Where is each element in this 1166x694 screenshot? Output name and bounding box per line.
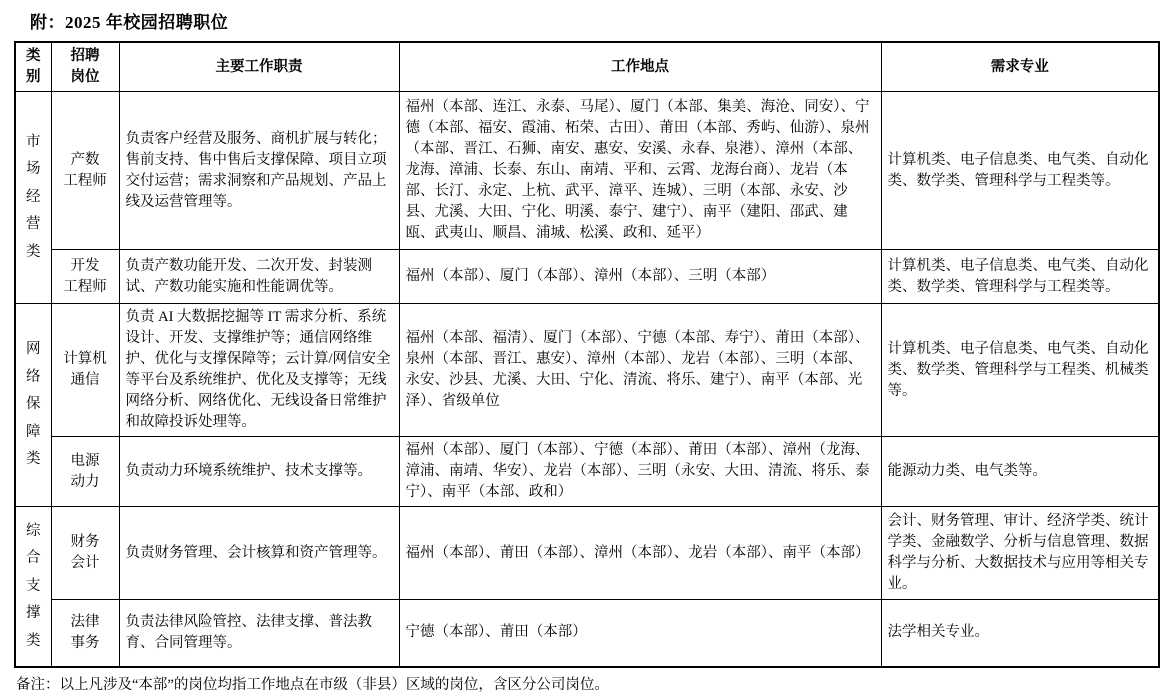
table-row: 市场经营类 产数 工程师 负责客户经营及服务、商机扩展与转化；售前支持、售中售后… <box>15 92 1159 250</box>
header-position: 招聘 岗位 <box>51 42 119 92</box>
duties-cell: 负责动力环境系统维护、技术支撑等。 <box>119 437 399 507</box>
table-row: 开发 工程师 负责产数功能开发、二次开发、封装测试、产数功能实施和性能调优等。 … <box>15 250 1159 304</box>
category-label: 综合支撑类 <box>25 518 41 656</box>
position-cell: 法律 事务 <box>51 600 119 667</box>
locations-cell: 福州（本部、福清）、厦门（本部）、宁德（本部、寿宁）、莆田（本部）、泉州（本部、… <box>399 304 881 437</box>
duties-cell: 负责产数功能开发、二次开发、封装测试、产数功能实施和性能调优等。 <box>119 250 399 304</box>
table-header-row: 类 别 招聘 岗位 主要工作职责 工作地点 需求专业 <box>15 42 1159 92</box>
majors-cell: 法学相关专业。 <box>881 600 1159 667</box>
category-cell: 网络保障类 <box>15 304 51 507</box>
majors-cell: 能源动力类、电气类等。 <box>881 437 1159 507</box>
majors-cell: 会计、财务管理、审计、经济学类、统计学类、金融数学、分析与信息管理、数据科学与分… <box>881 507 1159 600</box>
duties-cell: 负责 AI 大数据挖掘等 IT 需求分析、系统设计、开发、支撑维护等；通信网络维… <box>119 304 399 437</box>
document-page: 附：2025 年校园招聘职位 类 别 招聘 岗位 主要工作职责 工作地点 需求专… <box>0 0 1166 676</box>
majors-cell: 计算机类、电子信息类、电气类、自动化类、数学类、管理科学与工程类等。 <box>881 92 1159 250</box>
header-duties: 主要工作职责 <box>119 42 399 92</box>
duties-cell: 负责客户经营及服务、商机扩展与转化；售前支持、售中售后支撑保障、项目立项交付运营… <box>119 92 399 250</box>
locations-cell: 福州（本部）、厦门（本部）、宁德（本部）、莆田（本部）、漳州（龙海、漳浦、南靖、… <box>399 437 881 507</box>
table-row: 电源 动力 负责动力环境系统维护、技术支撑等。 福州（本部）、厦门（本部）、宁德… <box>15 437 1159 507</box>
duties-cell: 负责财务管理、会计核算和资产管理等。 <box>119 507 399 600</box>
header-majors: 需求专业 <box>881 42 1159 92</box>
category-cell: 市场经营类 <box>15 92 51 304</box>
position-cell: 财务 会计 <box>51 507 119 600</box>
table-row: 综合支撑类 财务 会计 负责财务管理、会计核算和资产管理等。 福州（本部）、莆田… <box>15 507 1159 600</box>
header-locations: 工作地点 <box>399 42 881 92</box>
header-category: 类 别 <box>15 42 51 92</box>
duties-cell: 负责法律风险管控、法律支撑、普法教育、合同管理等。 <box>119 600 399 667</box>
position-cell: 产数 工程师 <box>51 92 119 250</box>
recruitment-table: 类 别 招聘 岗位 主要工作职责 工作地点 需求专业 市场经营类 产数 工程师 … <box>14 41 1160 668</box>
table-row: 网络保障类 计算机 通信 负责 AI 大数据挖掘等 IT 需求分析、系统设计、开… <box>15 304 1159 437</box>
table-row: 法律 事务 负责法律风险管控、法律支撑、普法教育、合同管理等。 宁德（本部）、莆… <box>15 600 1159 667</box>
majors-cell: 计算机类、电子信息类、电气类、自动化类、数学类、管理科学与工程类、机械类等。 <box>881 304 1159 437</box>
locations-cell: 福州（本部、连江、永泰、马尾）、厦门（本部、集美、海沧、同安）、宁德（本部、福安… <box>399 92 881 250</box>
locations-cell: 福州（本部）、莆田（本部）、漳州（本部）、龙岩（本部）、南平（本部） <box>399 507 881 600</box>
position-cell: 开发 工程师 <box>51 250 119 304</box>
position-cell: 电源 动力 <box>51 437 119 507</box>
position-cell: 计算机 通信 <box>51 304 119 437</box>
category-cell: 综合支撑类 <box>15 507 51 667</box>
majors-cell: 计算机类、电子信息类、电气类、自动化类、数学类、管理科学与工程类等。 <box>881 250 1159 304</box>
locations-cell: 宁德（本部）、莆田（本部） <box>399 600 881 667</box>
locations-cell: 福州（本部）、厦门（本部）、漳州（本部）、三明（本部） <box>399 250 881 304</box>
category-label: 网络保障类 <box>25 336 41 474</box>
footnote: 备注：以上凡涉及“本部”的岗位均指工作地点在市级（非县）区域的岗位，含区分公司岗… <box>14 668 1158 694</box>
page-title: 附：2025 年校园招聘职位 <box>14 6 1158 41</box>
category-label: 市场经营类 <box>25 129 41 267</box>
